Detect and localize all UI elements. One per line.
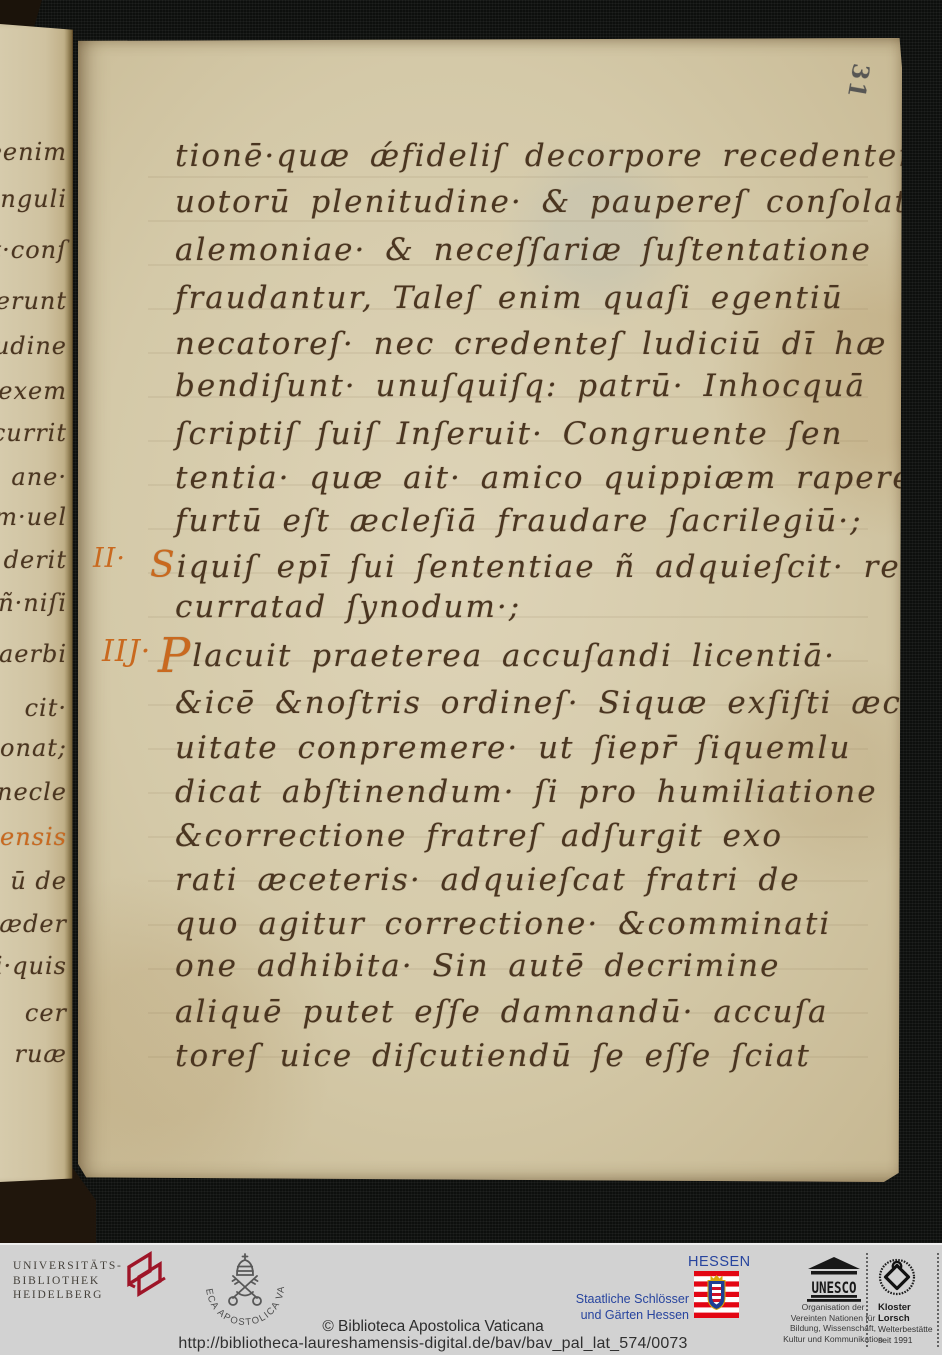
line-text: ſcriptiſ ſuiſ Inſeruit· Congruente ſen <box>175 416 843 452</box>
line-text: &correctione fratreſ adſurgit exo <box>175 818 783 854</box>
dotted-separator <box>937 1253 939 1347</box>
line-text: necatoreſ· nec credenteſ ludiciū dī hæ <box>175 326 887 362</box>
line-text: &icē &noſtris ordineſ· Siquæ exſiſti æcl… <box>175 685 934 721</box>
manuscript-line: tentia· quæ ait· amico quippiæm rapere <box>175 460 913 496</box>
line-text: one adhibita· Sin autē decrimine <box>175 948 780 984</box>
manuscript-line: aliquē putet eſſe damnandū· accuſa <box>175 994 829 1030</box>
facing-page-text-fragment: ensis <box>0 823 67 851</box>
manuscript-line: bendiſunt· unuſquiſq: patrū· Inhocquā <box>175 368 866 404</box>
facing-page-text-fragment: ñ·niſi <box>0 589 67 617</box>
facing-page-text-fragment: æder <box>0 910 67 938</box>
manuscript-line: fraudantur, Taleſ enim quaſi egentiū <box>175 280 844 316</box>
manuscript-line: &correctione fratreſ adſurgit exo <box>175 818 783 854</box>
kloster-lorsch-logo-icon <box>878 1258 916 1296</box>
unesco-caption-line: Kultur und Kommunikation <box>774 1334 892 1345</box>
dotted-separator <box>866 1253 868 1347</box>
manuscript-line: furtū eſt æcleſiā fraudare ſacrilegiū·; <box>175 503 863 539</box>
line-text: furtū eſt æcleſiā fraudare ſacrilegiū·; <box>175 503 863 539</box>
line-text: alemoniae· & neceſſariæ ſuſtentatione <box>175 232 872 268</box>
line-text: tionē·quæ ǽfideliſ decorpore recedenter <box>175 138 915 174</box>
facing-page-text-fragment: li·quis <box>0 952 67 980</box>
manuscript-line: curratad ſynodum·; <box>175 589 521 625</box>
ubh-line: BIBLIOTHEK <box>13 1274 123 1289</box>
manuscript-page: 31 II· IIJ· tionē·quæ ǽfideliſ decorpore… <box>78 38 902 1182</box>
manuscript-line: toreſ uice diſcutiendū ſe eſſe ſciat <box>175 1038 811 1074</box>
facing-page-text-fragment: exem <box>0 377 67 405</box>
unesco-logo-text: UNESCO <box>812 1280 857 1298</box>
kloster-lorsch-name: Kloster Lorsch <box>878 1302 938 1324</box>
unesco-caption-line: Organisation der <box>774 1302 892 1313</box>
manuscript-line: necatoreſ· nec credenteſ ludiciū dī hæ <box>175 326 887 362</box>
hessen-title: HESSEN <box>688 1254 742 1270</box>
svg-text:BIBLIOTECA APOSTOLICA VATICANA: BIBLIOTECA APOSTOLICA VATICANA <box>193 1250 287 1328</box>
facing-page-text-fragment: derit <box>4 546 67 574</box>
ub-heidelberg-wordmark: UNIVERSITÄTS- BIBLIOTHEK HEIDELBERG <box>13 1259 123 1303</box>
unesco-caption-line: Bildung, Wissenschaft, <box>774 1323 892 1334</box>
facing-page-text-fragment: cer <box>25 999 67 1027</box>
seal-circular-text: BIBLIOTECA APOSTOLICA VATICANA <box>193 1250 287 1328</box>
initial-capital: P <box>158 628 192 684</box>
line-text: lacuit praeterea accuſandi licentiā· <box>192 638 836 674</box>
line-text: fraudantur, Taleſ enim quaſi egentiū <box>175 280 844 316</box>
hessen-coat-of-arms-icon <box>694 1271 739 1318</box>
hessen-caption-line: und Gärten Hessen <box>519 1307 689 1323</box>
manuscript-line: &icē &noſtris ordineſ· Siquæ exſiſti æcl… <box>175 685 934 721</box>
facing-page-text-fragment: tim·uel <box>0 503 67 531</box>
manuscript-line: quo agitur correctione· &comminati <box>175 906 831 942</box>
facing-page-text-fragment: nt·conſ <box>0 236 67 264</box>
manuscript-line: dicat abſtinendum· ſi pro humiliatione <box>175 774 878 810</box>
hessen-caption: Staatliche Schlösser und Gärten Hessen <box>519 1291 689 1323</box>
line-text: rati æceteris· adquieſcat fratri de <box>175 862 801 898</box>
hessen-caption-line: Staatliche Schlösser <box>519 1291 689 1307</box>
line-text: tentia· quæ ait· amico quippiæm rapere <box>175 460 913 496</box>
source-url: http://bibliotheca-laureshamensis-digita… <box>83 1335 783 1353</box>
unesco-caption-line: Vereinten Nationen für <box>774 1313 892 1324</box>
chapter-numeral: II· <box>93 543 126 574</box>
manuscript-line: Siquiſ epī ſui ſententiae ñ adquieſcit· … <box>150 545 901 586</box>
unesco-caption: Organisation der Vereinten Nationen für … <box>774 1302 892 1344</box>
initial-capital: S <box>150 545 177 586</box>
digitized-manuscript-view: lieenim nguli nt·conſ ſuerunt udine exem… <box>0 0 942 1355</box>
line-text: toreſ uice diſcutiendū ſe eſſe ſciat <box>175 1038 811 1074</box>
kloster-lorsch-line: Welterbestätte <box>878 1324 938 1335</box>
manuscript-line: Placuit praeterea accuſandi licentiā· <box>158 638 836 674</box>
kloster-lorsch-line: seit 1991 <box>878 1335 938 1346</box>
manuscript-line: ſcriptiſ ſuiſ Inſeruit· Congruente ſen <box>175 416 843 452</box>
manuscript-line: rati æceteris· adquieſcat fratri de <box>175 862 801 898</box>
line-text: aliquē putet eſſe damnandū· accuſa <box>175 994 829 1030</box>
facing-page-text-fragment: ane· <box>11 463 67 491</box>
manuscript-line: uitate conpremere· ut ſiepr̄ ſiquemlu <box>175 730 851 766</box>
facing-page-text-fragment: ruæ <box>15 1040 68 1068</box>
facing-page-text-fragment: necle <box>0 778 67 806</box>
facing-page-text-fragment: ſuerunt <box>0 287 67 315</box>
line-text: uitate conpremere· ut ſiepr̄ ſiquemlu <box>175 730 851 766</box>
manuscript-line: uotorū plenitudine· & paupereſ conſolatu <box>175 184 931 220</box>
line-text: curratad ſynodum·; <box>175 589 521 625</box>
folio-number: 31 <box>842 61 875 101</box>
line-text: uotorū plenitudine· & paupereſ conſolatu <box>175 184 931 220</box>
ub-heidelberg-logo-icon <box>116 1249 170 1309</box>
footer-banner: UNIVERSITÄTS- BIBLIOTHEK HEIDELBERG BIBL… <box>0 1243 942 1355</box>
line-text: bendiſunt· unuſquiſq: patrū· Inhocquā <box>175 368 866 404</box>
kloster-lorsch-caption: Kloster Lorsch Welterbestätte seit 1991 <box>878 1302 938 1346</box>
line-text: quo agitur correctione· &comminati <box>175 906 831 942</box>
manuscript-line: tionē·quæ ǽfideliſ decorpore recedenter <box>175 138 915 174</box>
manuscript-line: one adhibita· Sin autē decrimine <box>175 948 780 984</box>
line-text: iquiſ epī ſui ſententiae ñ adquieſcit· r… <box>177 549 901 585</box>
facing-page-text-fragment: ccurrit <box>0 419 67 447</box>
manuscript-line: alemoniae· & neceſſariæ ſuſtentatione <box>175 232 872 268</box>
facing-page-text-fragment: praerbi <box>0 640 67 668</box>
photo-background: lieenim nguli nt·conſ ſuerunt udine exem… <box>0 0 942 1243</box>
facing-page-text-fragment: udine <box>0 332 67 360</box>
facing-page-text-fragment: cit· <box>25 694 67 722</box>
facing-page-edge: lieenim nguli nt·conſ ſuerunt udine exem… <box>0 24 73 1182</box>
line-text: dicat abſtinendum· ſi pro humiliatione <box>175 774 878 810</box>
ubh-line: HEIDELBERG <box>13 1288 123 1303</box>
facing-page-text-fragment: ponat; <box>0 734 67 762</box>
unesco-logo-icon: UNESCO <box>806 1256 862 1302</box>
facing-page-text-fragment: nguli <box>0 185 67 213</box>
ubh-line: UNIVERSITÄTS- <box>13 1259 123 1274</box>
chapter-numeral: IIJ· <box>102 634 151 669</box>
facing-page-text-fragment: ū de <box>10 867 67 895</box>
facing-page-text-fragment: lieenim <box>0 138 67 166</box>
